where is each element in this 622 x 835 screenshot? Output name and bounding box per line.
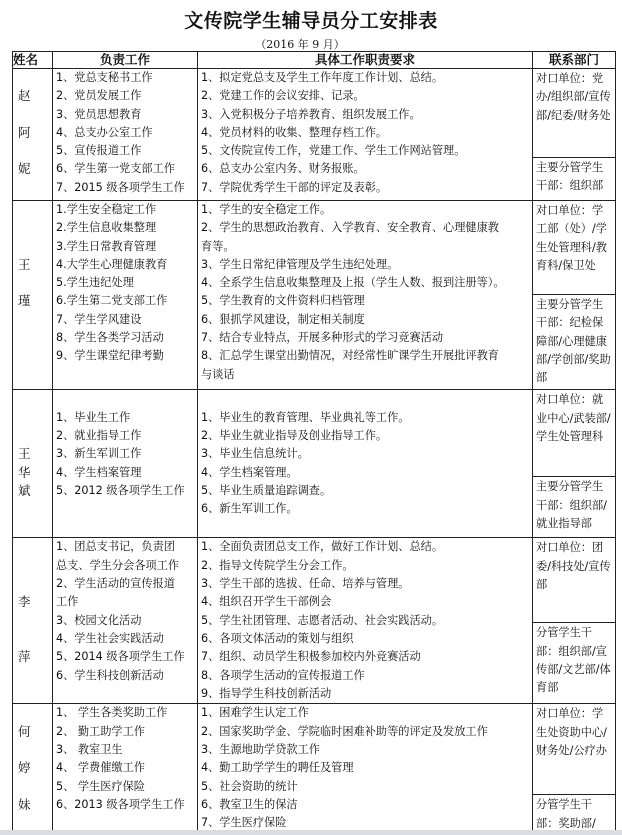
- staff-name-char: 瑾: [13, 292, 52, 310]
- staff-name-char: 婷: [13, 759, 52, 777]
- contact-student-cadre: 主要分管学生干部：纪检保障部/心理健康部/学创部/奖助部: [533, 294, 615, 389]
- document-date: （2016 年 9 月）: [0, 36, 600, 52]
- duty-item: 6、学生第一党支部工作: [53, 160, 197, 178]
- staff-name-char: 李: [13, 593, 52, 611]
- staff-name-char: 何: [13, 723, 52, 741]
- staff-name-char: 阿: [13, 124, 52, 142]
- header-row: 姓名 负责工作 具体工作职责要求 联系部门: [13, 52, 616, 69]
- requirement-item: 2、党建工作的会议安排、记录。: [198, 87, 532, 105]
- header-requirements: 具体工作职责要求: [198, 52, 533, 69]
- duty-item: 9、学生课堂纪律考勤: [53, 347, 197, 365]
- duty-item: 6、学生科技创新活动: [53, 667, 197, 685]
- duty-item: 4、总支办公室工作: [53, 124, 197, 142]
- duty-item: 2、就业指导工作: [53, 427, 197, 445]
- requirement-item: 6、新生军训工作。: [198, 500, 532, 518]
- requirements-cell: 1、毕业生的教育管理、毕业典礼等工作。2、毕业生就业指导及创业指导工作。3、毕业…: [198, 390, 533, 538]
- requirement-item: 2、国家奖助学金、学院临时困难补助等的评定及发放工作: [198, 723, 532, 741]
- duty-item: 2、学生活动的宣传报道: [53, 575, 197, 593]
- requirements-cell: 1、困难学生认定工作2、国家奖助学金、学院临时困难补助等的评定及发放工作3、生源…: [198, 704, 533, 835]
- requirement-item: 5、文传院宣传工作，党建工作、学生工作网站管理。: [198, 142, 532, 160]
- contact-unit: 对口单位：学生处资助中心/财务处/公疗办: [533, 704, 615, 794]
- table-row: 王 瑾1.学生安全稳定工作2.学生信息收集整理3.学生日常教育管理4.大学生心理…: [13, 201, 616, 390]
- requirement-item: 5、学生教育的文件资料归档管理: [198, 292, 532, 310]
- staff-name-char: [13, 219, 52, 237]
- duties-cell: 1、 学生各类奖助工作2、 勤工助学工作3、 教室卫生4、 学费催缴工作5、 学…: [53, 704, 198, 835]
- requirement-item: 4、学生档案管理。: [198, 464, 532, 482]
- duty-item: 8、学生各类学习活动: [53, 329, 197, 347]
- requirement-item: 3、生源地助学贷款工作: [198, 741, 532, 759]
- requirement-item: [198, 519, 532, 537]
- requirement-item: 1、学生的安全稳定工作。: [198, 201, 532, 219]
- staff-name-char: [13, 106, 52, 124]
- staff-name-char: 赵: [13, 87, 52, 105]
- document-title: 文传院学生辅导员分工安排表: [0, 6, 622, 33]
- staff-name-char: [13, 238, 52, 256]
- table-row: 李 萍1、团总支书记，负责团总支、学生分会各项工作2、学生活动的宣传报道工作3、…: [13, 538, 616, 704]
- requirement-item: 育等。: [198, 238, 532, 256]
- staff-name-char: [13, 704, 52, 722]
- staff-name-char: 妮: [13, 160, 52, 178]
- requirement-item: 1、毕业生的教育管理、毕业典礼等工作。: [198, 409, 532, 427]
- duty-item: 2.学生信息收集整理: [53, 219, 197, 237]
- duty-item: 1、党总支秘书工作: [53, 69, 197, 87]
- staff-name-char: 斌: [13, 482, 52, 500]
- duty-item: 3、 教室卫生: [53, 741, 197, 759]
- duty-item: 3、新生军训工作: [53, 445, 197, 463]
- duty-item: 5、2014 级各项学生工作: [53, 648, 197, 666]
- contact-unit: 对口单位：党办/组织部/宣传部/纪委/财务处: [533, 69, 615, 157]
- duty-item: 6.学生第二党支部工作: [53, 292, 197, 310]
- staff-name-char: [13, 741, 52, 759]
- requirement-item: 3、学生日常纪律管理及学生违纪处理。: [198, 256, 532, 274]
- duty-item: 5、 学生医疗保险: [53, 778, 197, 796]
- requirements-cell: 1、全面负责团总支工作，做好工作计划、总结。2、指导文传院学生分会工作。3、学生…: [198, 538, 533, 704]
- staff-name-char: [13, 142, 52, 160]
- requirement-item: 4、勤工助学学生的聘任及管理: [198, 759, 532, 777]
- duties-cell: 1、党总支秘书工作2、党员发展工作3、党员思想教育4、总支办公室工作5、宣传报道…: [53, 69, 198, 201]
- duty-item: 1、团总支书记，负责团: [53, 538, 197, 556]
- duty-item: 7、2015 级各项学生工作: [53, 179, 197, 197]
- contact-cell: 对口单位：团委/科技处/宣传部分管学生干部：组织部/宣传部/文艺部/体育部: [533, 538, 616, 704]
- requirement-item: 4、全系学生信息收集整理及上报（学生人数、报到注册等）。: [198, 274, 532, 292]
- requirement-item: 7、学院优秀学生干部的评定及表彰。: [198, 179, 532, 197]
- contact-student-cadre: 主要分管学生干部：组织部/就业指导部: [533, 476, 615, 535]
- table-row: 王华斌 1、毕业生工作2、就业指导工作3、新生军训工作4、学生档案管理5、201…: [13, 390, 616, 538]
- duty-item: 工作: [53, 593, 197, 611]
- requirements-cell: 1、拟定党总支及学生工作年度工作计划、总结。2、党建工作的会议安排、记录。3、入…: [198, 69, 533, 201]
- staff-name-char: 王: [13, 445, 52, 463]
- staff-name-cell: 王华斌: [13, 390, 53, 538]
- requirement-item: 2、学生的思想政治教育、入学教育、安全教育、心理健康教: [198, 219, 532, 237]
- contact-unit: 对口单位：团委/科技处/宣传部: [533, 538, 615, 622]
- duty-item: 5、宣传报道工作: [53, 142, 197, 160]
- duty-item: 3.学生日常教育管理: [53, 238, 197, 256]
- duty-item: 3、校园文化活动: [53, 612, 197, 630]
- requirement-item: 7、组织、动员学生积极参加校内外竞赛活动: [198, 648, 532, 666]
- contact-cell: 对口单位：学工部（处）/学生处管理科/教育科/保卫处主要分管学生干部：纪检保障部…: [533, 201, 616, 390]
- staff-name-char: [13, 201, 52, 219]
- staff-name-char: [13, 538, 52, 556]
- duty-item: 总支、学生分会各项工作: [53, 557, 197, 575]
- contact-cell: 对口单位：就业中心/武装部/学生处管理科主要分管学生干部：组织部/就业指导部: [533, 390, 616, 538]
- duty-item: 2、党员发展工作: [53, 87, 197, 105]
- staff-name-char: [13, 69, 52, 87]
- staff-name-char: 妹: [13, 796, 52, 814]
- staff-name-char: [13, 274, 52, 292]
- staff-name-char: 华: [13, 464, 52, 482]
- requirement-item: 2、指导文传院学生分会工作。: [198, 557, 532, 575]
- duty-item: 2、 勤工助学工作: [53, 723, 197, 741]
- duty-item: 4.大学生心理健康教育: [53, 256, 197, 274]
- requirement-item: 6、狠抓学风建设，制定相关制度: [198, 311, 532, 329]
- horizontal-scrollbar[interactable]: [0, 830, 622, 835]
- staff-name-char: [13, 390, 52, 408]
- assignment-table: 姓名 负责工作 具体工作职责要求 联系部门 赵 阿 妮1、党总支秘书工作2、党员…: [12, 51, 616, 835]
- requirement-item: 5、学生社团管理、志愿者活动、社会实践活动。: [198, 612, 532, 630]
- requirement-item: 与谈话: [198, 366, 532, 384]
- contact-student-cadre: 分管学生干部：组织部/宣传部/文艺部/体育部: [533, 622, 615, 699]
- duty-item: 6、2013 级各项学生工作: [53, 796, 197, 814]
- duty-item: 3、党员思想教育: [53, 106, 197, 124]
- requirement-item: 5、社会资助的统计: [198, 778, 532, 796]
- duties-cell: 1、团总支书记，负责团总支、学生分会各项工作2、学生活动的宣传报道工作3、校园文…: [53, 538, 198, 704]
- requirement-item: 6、总支办公室内务、财务报账。: [198, 160, 532, 178]
- duty-item: 5、2012 级各项学生工作: [53, 482, 197, 500]
- requirement-item: 6、教室卫生的保洁: [198, 796, 532, 814]
- requirement-item: 2、毕业生就业指导及创业指导工作。: [198, 427, 532, 445]
- contact-student-cadre: 分管学生干部：奖助部/: [533, 794, 615, 835]
- staff-name-char: [13, 427, 52, 445]
- duty-item: 4、学生档案管理: [53, 464, 197, 482]
- table-row: 何 婷 妹1、 学生各类奖助工作2、 勤工助学工作3、 教室卫生4、 学费催缴工…: [13, 704, 616, 835]
- duty-item: 7、学生学风建设: [53, 311, 197, 329]
- duties-cell: 1.学生安全稳定工作2.学生信息收集整理3.学生日常教育管理4.大学生心理健康教…: [53, 201, 198, 390]
- requirement-item: 4、党员材料的收集、整理存档工作。: [198, 124, 532, 142]
- requirement-item: 9、指导学生科技创新活动: [198, 685, 532, 703]
- table-row: 赵 阿 妮1、党总支秘书工作2、党员发展工作3、党员思想教育4、总支办公室工作5…: [13, 69, 616, 201]
- contact-student-cadre: 主要分管学生干部：组织部: [533, 157, 615, 198]
- contact-cell: 对口单位：党办/组织部/宣传部/纪委/财务处主要分管学生干部：组织部: [533, 69, 616, 201]
- header-name: 姓名: [13, 52, 53, 69]
- staff-name-char: [13, 778, 52, 796]
- duty-item: 4、学生社会实践活动: [53, 630, 197, 648]
- duty-item: 5.学生违纪处理: [53, 274, 197, 292]
- requirement-item: 8、各项学生活动的宣传报道工作: [198, 667, 532, 685]
- staff-name-cell: 何 婷 妹: [13, 704, 53, 835]
- contact-unit: 对口单位：学工部（处）/学生处管理科/教育科/保卫处: [533, 201, 615, 294]
- duty-item: [53, 685, 197, 703]
- staff-name-char: [13, 409, 52, 427]
- duty-item: 4、 学费催缴工作: [53, 759, 197, 777]
- duty-item: [53, 390, 197, 408]
- staff-name-char: 萍: [13, 648, 52, 666]
- requirement-item: [198, 390, 532, 408]
- staff-name-cell: 王 瑾: [13, 201, 53, 390]
- duty-item: 1、毕业生工作: [53, 409, 197, 427]
- staff-name-char: [13, 557, 52, 575]
- staff-name-char: [13, 630, 52, 648]
- duty-item: 1.学生安全稳定工作: [53, 201, 197, 219]
- requirement-item: 1、困难学生认定工作: [198, 704, 532, 722]
- requirement-item: 1、全面负责团总支工作，做好工作计划、总结。: [198, 538, 532, 556]
- requirement-item: 1、拟定党总支及学生工作年度工作计划、总结。: [198, 69, 532, 87]
- header-duties: 负责工作: [53, 52, 198, 69]
- requirements-cell: 1、学生的安全稳定工作。2、学生的思想政治教育、入学教育、安全教育、心理健康教育…: [198, 201, 533, 390]
- staff-name-cell: 李 萍: [13, 538, 53, 704]
- staff-name-char: [13, 575, 52, 593]
- requirement-item: 3、毕业生信息统计。: [198, 445, 532, 463]
- staff-name-char: 王: [13, 256, 52, 274]
- staff-name-char: [13, 612, 52, 630]
- requirement-item: 8、汇总学生课堂出勤情况，对经常性旷课学生开展批评教育: [198, 347, 532, 365]
- duty-item: 1、 学生各类奖助工作: [53, 704, 197, 722]
- contact-cell: 对口单位：学生处资助中心/财务处/公疗办分管学生干部：奖助部/: [533, 704, 616, 835]
- contact-unit: 对口单位：就业中心/武装部/学生处管理科: [533, 390, 615, 476]
- requirement-item: 5、毕业生质量追踪调查。: [198, 482, 532, 500]
- requirement-item: 3、学生干部的选拔、任命、培养与管理。: [198, 575, 532, 593]
- requirement-item: 6、各项文体活动的策划与组织: [198, 630, 532, 648]
- requirement-item: 3、入党积极分子培养教育、组织发展工作。: [198, 106, 532, 124]
- requirement-item: 4、组织召开学生干部例会: [198, 593, 532, 611]
- requirement-item: 7、结合专业特点，开展多种形式的学习竞赛活动: [198, 329, 532, 347]
- header-contact: 联系部门: [533, 52, 616, 69]
- staff-name-cell: 赵 阿 妮: [13, 69, 53, 201]
- duties-cell: 1、毕业生工作2、就业指导工作3、新生军训工作4、学生档案管理5、2012 级各…: [53, 390, 198, 538]
